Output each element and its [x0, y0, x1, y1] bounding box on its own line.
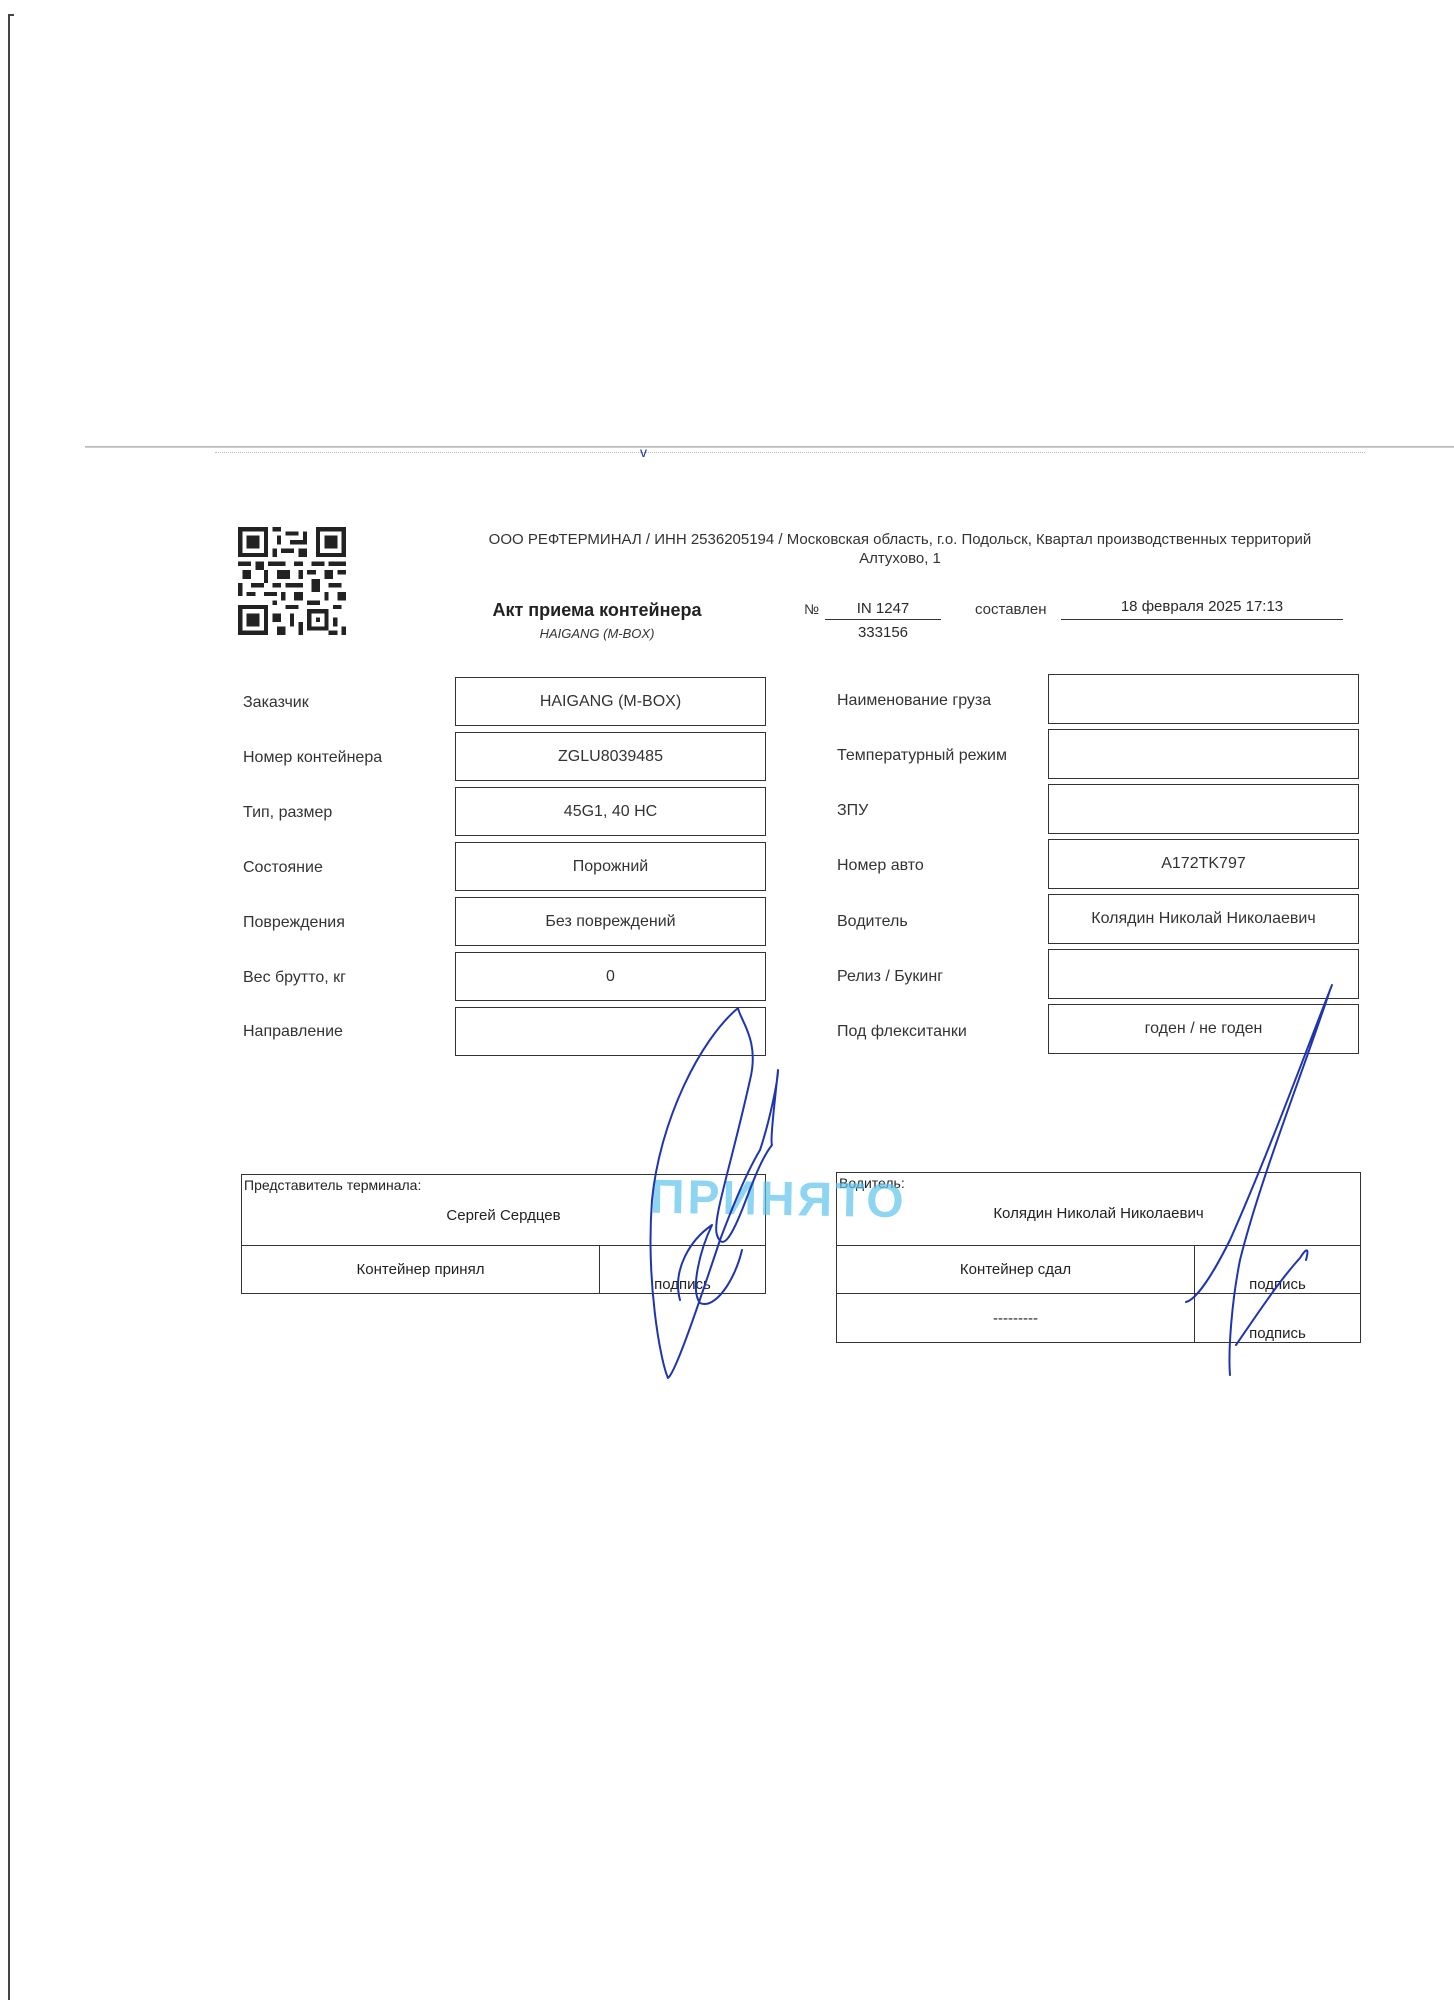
field-label-flexitank: Под флекситанки — [837, 1023, 967, 1041]
driver-action: Контейнер сдал — [837, 1246, 1195, 1294]
composed-date: 18 февраля 2025 17:13 — [1061, 598, 1343, 620]
driver-signature-table: Водитель: Колядин Николай Николаевич Кон… — [836, 1172, 1361, 1343]
field-label-container-number: Номер контейнера — [243, 749, 382, 767]
driver-signature-hint: подпись — [1195, 1246, 1361, 1294]
act-subtitle: HAIGANG (M-BOX) — [440, 626, 754, 641]
company-line-1: ООО РЕФТЕРМИНАЛ / ИНН 2536205194 / Моско… — [440, 530, 1360, 549]
field-label-driver: Водитель — [837, 913, 908, 931]
company-line-2: Алтухово, 1 — [440, 549, 1360, 568]
terminal-signature-hint: подпись — [600, 1246, 766, 1294]
qr-code-icon — [238, 527, 346, 635]
field-label-condition: Состояние — [243, 859, 323, 877]
field-value-customer: HAIGANG (M-BOX) — [455, 677, 766, 726]
field-label-customer: Заказчик — [243, 694, 309, 712]
driver-caption: Водитель: — [837, 1173, 1360, 1193]
field-label-vehicle-number: Номер авто — [837, 857, 924, 875]
field-value-damages: Без повреждений — [455, 897, 766, 946]
paper-fold-dotted — [215, 452, 1365, 454]
field-value-container-number: ZGLU8039485 — [455, 732, 766, 781]
field-value-flexitank: годен / не годен — [1048, 1004, 1359, 1054]
terminal-action: Контейнер принял — [242, 1246, 600, 1294]
number-label: № — [804, 601, 819, 617]
field-label-seal: ЗПУ — [837, 802, 868, 820]
field-label-cargo-name: Наименование груза — [837, 692, 991, 710]
field-value-driver: Колядин Николай Николаевич — [1048, 894, 1359, 944]
pen-mark: v — [640, 444, 647, 460]
field-value-type-size: 45G1, 40 HC — [455, 787, 766, 836]
accepted-stamp: ПРИНЯТО — [650, 1170, 908, 1229]
field-value-cargo-name — [1048, 674, 1359, 724]
field-value-temperature — [1048, 729, 1359, 779]
field-label-gross-weight: Вес брутто, кг — [243, 969, 346, 987]
field-value-seal — [1048, 784, 1359, 834]
field-value-direction — [455, 1007, 766, 1056]
act-title: Акт приема контейнера — [440, 600, 754, 621]
act-number: IN 1247 — [825, 600, 941, 620]
field-label-temperature: Температурный режим — [837, 747, 1007, 765]
field-value-gross-weight: 0 — [455, 952, 766, 1001]
driver-name: Колядин Николай Николаевич — [837, 1205, 1360, 1222]
field-value-vehicle-number: A172TK797 — [1048, 839, 1359, 889]
company-info: ООО РЕФТЕРМИНАЛ / ИНН 2536205194 / Моско… — [440, 530, 1360, 568]
scan-edge-line — [8, 14, 10, 2000]
scan-edge-tick — [8, 14, 14, 16]
driver-extra-row: --------- — [837, 1294, 1195, 1343]
act-number-sub: 333156 — [825, 624, 941, 641]
composed-label: составлен — [975, 601, 1047, 618]
field-value-condition: Порожний — [455, 842, 766, 891]
paper-fold-line — [85, 446, 1454, 448]
field-label-damages: Повреждения — [243, 914, 345, 932]
field-label-release-booking: Релиз / Букинг — [837, 968, 943, 986]
field-value-release-booking — [1048, 949, 1359, 999]
field-label-type-size: Тип, размер — [243, 804, 332, 822]
field-label-direction: Направление — [243, 1023, 343, 1041]
driver-signature-hint-2: подпись — [1195, 1294, 1361, 1343]
